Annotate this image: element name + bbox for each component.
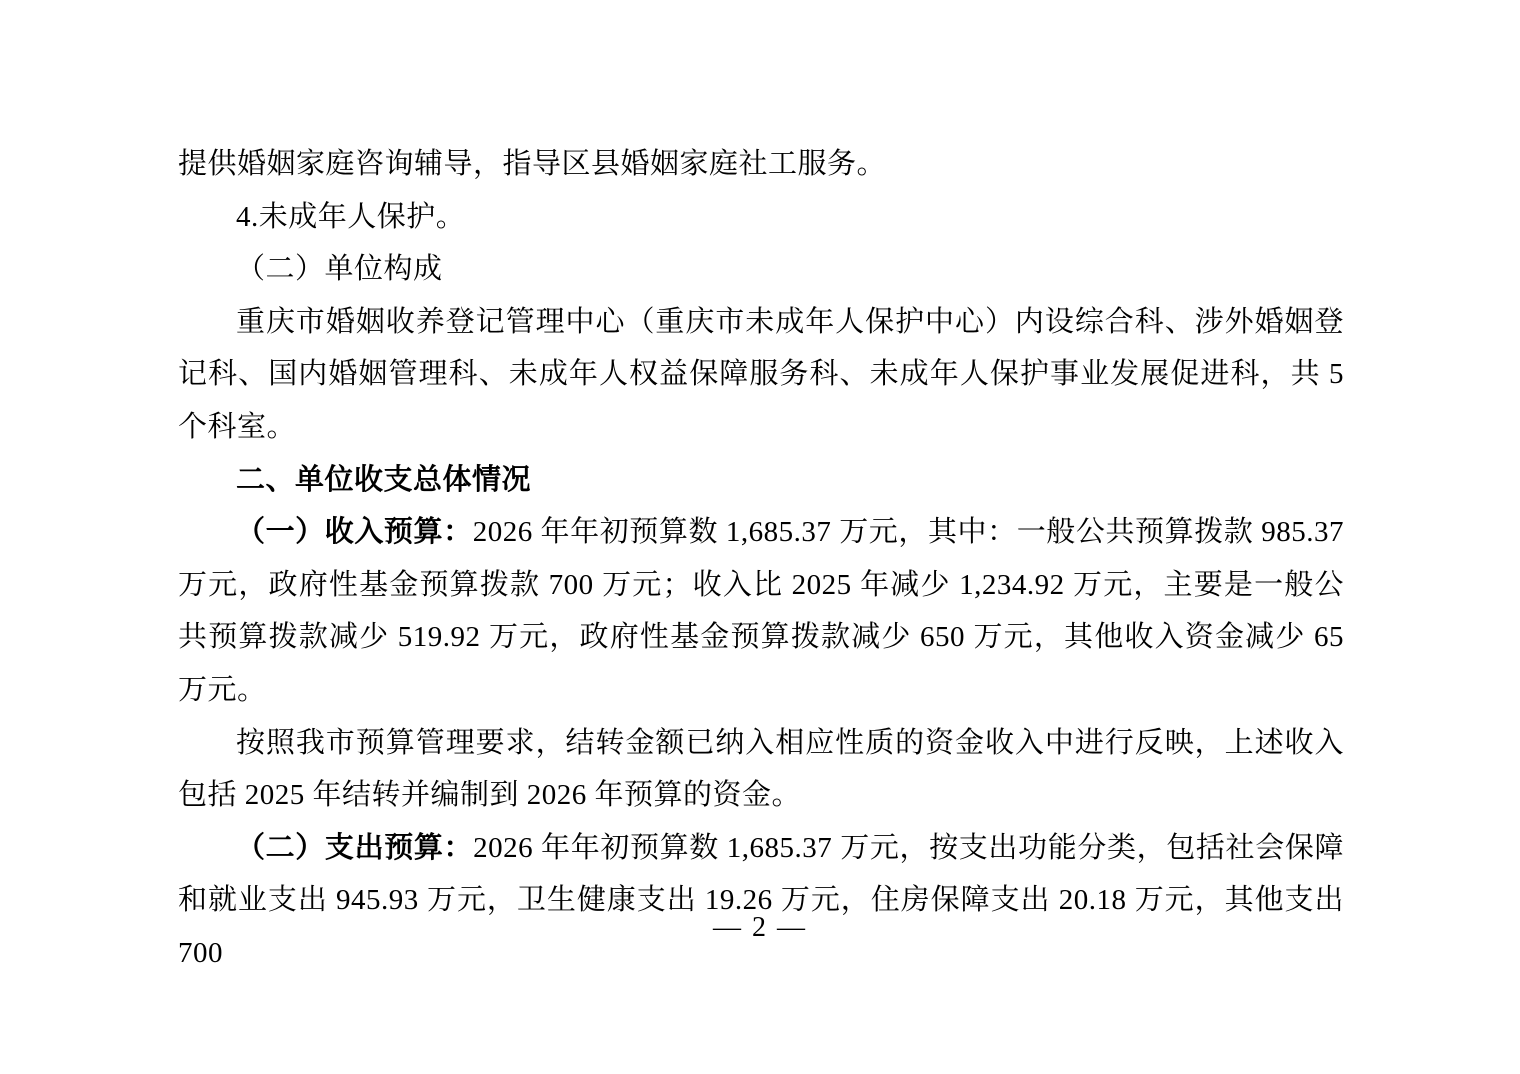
section-heading-revenue-expenditure-overview: 二、单位收支总体情况 [178,454,1344,507]
paragraph-expenditure-budget: （二）支出预算：2026 年年初预算数 1,685.37 万元，按支出功能分类，… [178,822,1344,980]
document-body: 提供婚姻家庭咨询辅导，指导区县婚姻家庭社工服务。 4.未成年人保护。 （二）单位… [178,138,1344,980]
paragraph-minor-protection-item: 4.未成年人保护。 [178,191,1344,244]
page-number: — 2 — [0,908,1520,948]
paragraph-text: 按照我市预算管理要求，结转金额已纳入相应性质的资金收入中进行反映，上述收入包括 … [178,727,1344,812]
paragraph-text: 重庆市婚姻收养登记管理中心（重庆市未成年人保护中心）内设综合科、涉外婚姻登记科、… [178,306,1344,443]
paragraph-text: 提供婚姻家庭咨询辅导，指导区县婚姻家庭社工服务。 [178,148,886,180]
paragraph-carryover-note: 按照我市预算管理要求，结转金额已纳入相应性质的资金收入中进行反映，上述收入包括 … [178,717,1344,822]
paragraph-text: （二）单位构成 [236,253,443,285]
paragraph-marriage-family-services: 提供婚姻家庭咨询辅导，指导区县婚姻家庭社工服务。 [178,138,1344,191]
subheading-unit-composition: （二）单位构成 [178,243,1344,296]
paragraph-revenue-budget: （一）收入预算：2026 年年初预算数 1,685.37 万元，其中：一般公共预… [178,506,1344,716]
paragraph-lead: （一）收入预算： [236,516,473,548]
paragraph-text: 4.未成年人保护。 [236,201,465,233]
heading-text: 二、单位收支总体情况 [236,464,531,496]
document-page: 提供婚姻家庭咨询辅导，指导区县婚姻家庭社工服务。 4.未成年人保护。 （二）单位… [0,0,1520,1074]
paragraph-unit-composition-detail: 重庆市婚姻收养登记管理中心（重庆市未成年人保护中心）内设综合科、涉外婚姻登记科、… [178,296,1344,454]
paragraph-lead: （二）支出预算： [236,832,473,864]
